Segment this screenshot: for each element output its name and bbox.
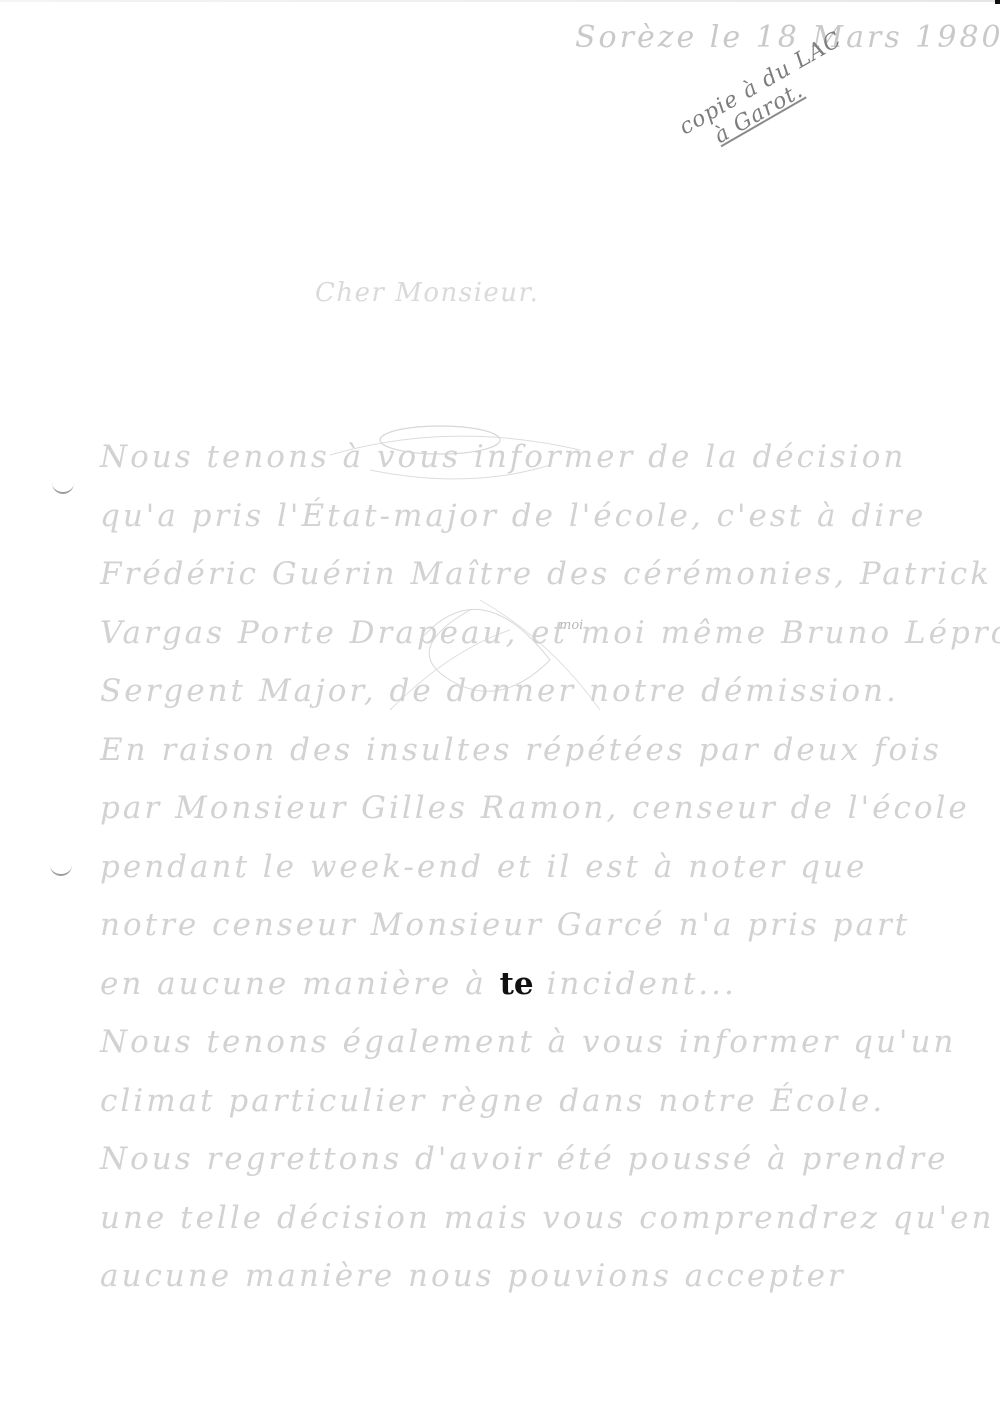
salutation: Cher Monsieur. <box>315 278 539 308</box>
body-line: Nous tenons également à vous informer qu… <box>100 1013 960 1072</box>
scan-corner-mark <box>995 0 1000 4</box>
letter-body: Nous tenons à vous informer de la décisi… <box>100 428 960 1306</box>
punch-hole-mark-top <box>52 478 74 494</box>
body-line: Sergent Major, de donner notre démission… <box>100 662 960 721</box>
body-line: par Monsieur Gilles Ramon, censeur de l'… <box>100 779 960 838</box>
dark-ink-mark: te <box>500 966 534 1002</box>
body-line: climat particulier règne dans notre Écol… <box>100 1072 960 1131</box>
body-line: pendant le week-end et il est à noter qu… <box>100 838 960 897</box>
body-line: Frédéric Guérin Maître des cérémonies, P… <box>100 545 960 604</box>
punch-hole-mark-bottom <box>50 860 72 876</box>
body-line: qu'a pris l'État-major de l'école, c'est… <box>100 487 960 546</box>
body-text: incident... <box>534 966 737 1002</box>
body-text: en aucune manière à <box>100 966 500 1002</box>
body-line: Vargas Porte Drapeau, et moi même Bruno … <box>100 604 960 663</box>
date-line: Sorèze le 18 Mars 1980 <box>575 20 1000 55</box>
scan-top-edge <box>0 0 1000 2</box>
body-line: Nous tenons à vous informer de la décisi… <box>100 428 960 487</box>
body-line-with-dark-mark: en aucune manière à te incident... <box>100 955 960 1014</box>
body-line: notre censeur Monsieur Garcé n'a pris pa… <box>100 896 960 955</box>
body-line: une telle décision mais vous comprendrez… <box>100 1189 960 1248</box>
body-line: Nous regrettons d'avoir été poussé à pre… <box>100 1130 960 1189</box>
body-line: aucune manière nous pouvions accepter <box>100 1247 960 1306</box>
letter-page: Sorèze le 18 Mars 1980 copie à du LAC à … <box>0 0 1000 1413</box>
body-line: En raison des insultes répétées par deux… <box>100 721 960 780</box>
